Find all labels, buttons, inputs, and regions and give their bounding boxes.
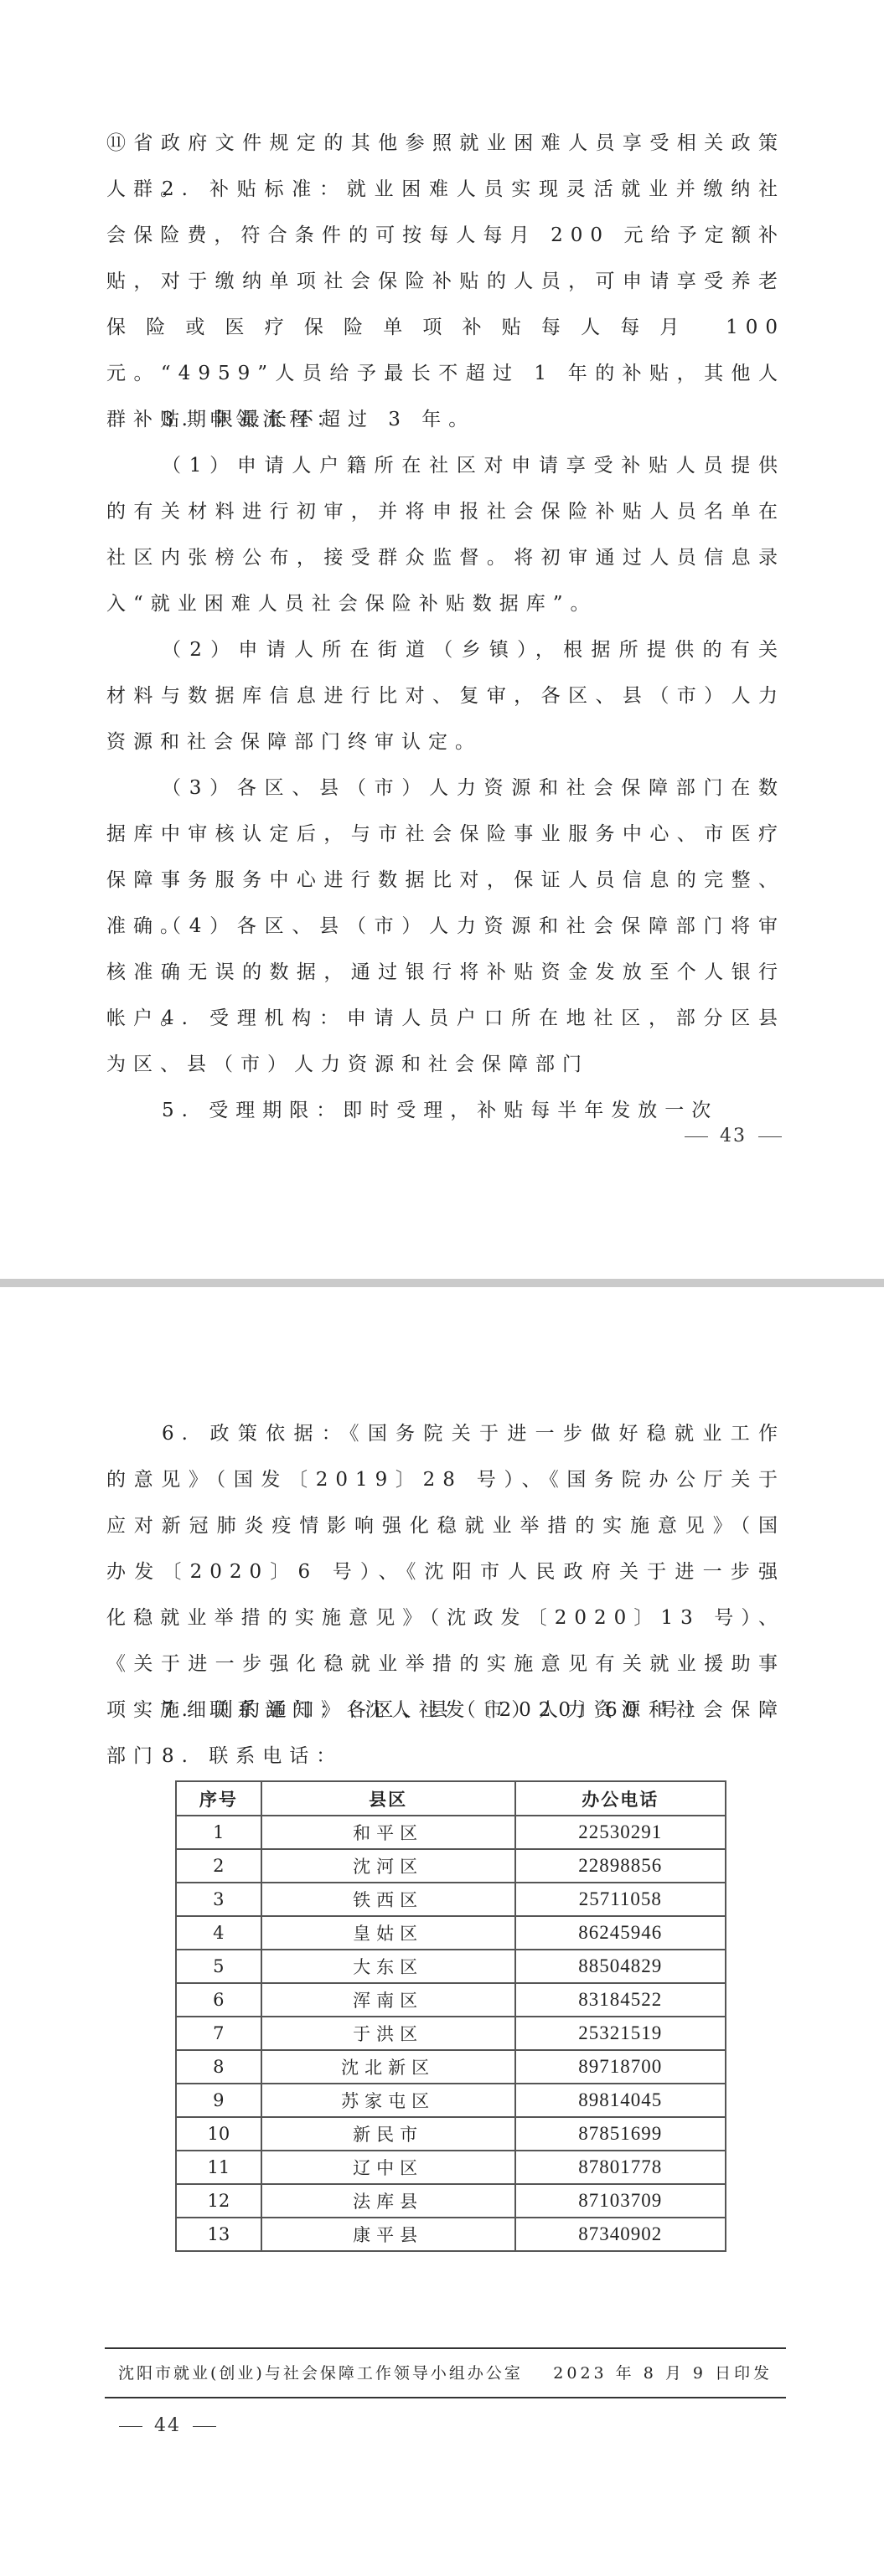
paragraph-accepting-agency: 4. 受理机构：申请人员户口所在地社区，部分区县为区、县（市）人力资源和社会保障… (106, 996, 785, 1088)
dash-right (193, 2426, 216, 2427)
cell-phone: 89814045 (515, 2084, 726, 2117)
cell-district: 法库县 (261, 2184, 515, 2218)
table-row: 13康平县87340902 (176, 2218, 726, 2251)
cell-phone: 87103709 (515, 2184, 726, 2218)
cell-district: 新民市 (261, 2117, 515, 2151)
cell-district: 浑南区 (261, 1983, 515, 2017)
cell-phone: 87851699 (515, 2117, 726, 2151)
table-row: 9苏家屯区89814045 (176, 2084, 726, 2117)
paragraph-policy-basis: 6. 政策依据：《国务院关于进一步做好稳就业工作的意见》（国发〔2019〕28 … (106, 1411, 785, 1734)
cell-phone: 87340902 (515, 2218, 726, 2251)
dash-left (685, 1136, 708, 1137)
cell-phone: 25321519 (515, 2017, 726, 2050)
cell-district: 沈河区 (261, 1849, 515, 1883)
paragraph-process-step-2: （2）申请人所在街道（乡镇），根据所提供的有关材料与数据库信息进行比对、复审，各… (106, 627, 785, 765)
cell-phone: 89718700 (515, 2050, 726, 2084)
cell-district: 大东区 (261, 1950, 515, 1983)
table-row: 12法库县87103709 (176, 2184, 726, 2218)
dash-left (119, 2426, 142, 2427)
table-row: 5大东区88504829 (176, 1950, 726, 1983)
contact-phone-table: 序号 县区 办公电话 1和平区22530291 2沈河区22898856 3铁西… (175, 1780, 726, 2252)
cell-index: 7 (176, 2017, 261, 2050)
page-number-43: 43 (673, 1126, 794, 1146)
paragraph-contact-phone-heading: 8. 联系电话： (106, 1734, 785, 1780)
cell-phone: 87801778 (515, 2151, 726, 2184)
page-separator (0, 1279, 884, 1287)
cell-phone: 83184522 (515, 1983, 726, 2017)
paragraph-application-process-heading: 3. 申领流程： (106, 397, 785, 443)
header-index: 序号 (176, 1781, 261, 1816)
dash-right (758, 1136, 782, 1137)
cell-phone: 22530291 (515, 1816, 726, 1849)
cell-index: 5 (176, 1950, 261, 1983)
table-header-row: 序号 县区 办公电话 (176, 1781, 726, 1816)
table-row: 3铁西区25711058 (176, 1883, 726, 1916)
table-row: 4皇姑区86245946 (176, 1916, 726, 1950)
document-page-43: ⑪省政府文件规定的其他参照就业困难人员享受相关政策人群。 2. 补贴标准：就业困… (0, 0, 884, 1279)
cell-index: 8 (176, 2050, 261, 2084)
header-office-phone: 办公电话 (515, 1781, 726, 1816)
cell-phone: 88504829 (515, 1950, 726, 1983)
table-row: 6浑南区83184522 (176, 1983, 726, 2017)
cell-index: 13 (176, 2218, 261, 2251)
table-row: 11辽中区87801778 (176, 2151, 726, 2184)
cell-index: 12 (176, 2184, 261, 2218)
header-district: 县区 (261, 1781, 515, 1816)
footer-issuer: 沈阳市就业(创业)与社会保障工作领导小组办公室 (118, 2361, 523, 2383)
cell-district: 皇姑区 (261, 1916, 515, 1950)
cell-phone: 86245946 (515, 1916, 726, 1950)
cell-district: 辽中区 (261, 2151, 515, 2184)
cell-phone: 25711058 (515, 1883, 726, 1916)
issuance-footer: 沈阳市就业(创业)与社会保障工作领导小组办公室 2023 年 8 月 9 日印发 (105, 2347, 786, 2398)
paragraph-process-step-1: （1）申请人户籍所在社区对申请享受补贴人员提供的有关材料进行初审，并将申报社会保… (106, 443, 785, 627)
cell-index: 9 (176, 2084, 261, 2117)
table-row: 7于洪区25321519 (176, 2017, 726, 2050)
cell-index: 4 (176, 1916, 261, 1950)
cell-district: 和平区 (261, 1816, 515, 1849)
cell-district: 康平县 (261, 2218, 515, 2251)
cell-district: 于洪区 (261, 2017, 515, 2050)
cell-index: 3 (176, 1883, 261, 1916)
footer-issue-date: 2023 年 8 月 9 日印发 (553, 2361, 773, 2383)
cell-phone: 22898856 (515, 1849, 726, 1883)
page-number-44: 44 (107, 2415, 228, 2436)
table-row: 8沈北新区89718700 (176, 2050, 726, 2084)
cell-district: 苏家屯区 (261, 2084, 515, 2117)
table-row: 1和平区22530291 (176, 1816, 726, 1849)
table-row: 2沈河区22898856 (176, 1849, 726, 1883)
cell-index: 2 (176, 1849, 261, 1883)
cell-index: 1 (176, 1816, 261, 1849)
document-page-44: 6. 政策依据：《国务院关于进一步做好稳就业工作的意见》（国发〔2019〕28 … (0, 1287, 884, 2576)
page-number-value: 44 (154, 2415, 181, 2436)
table-row: 10新民市87851699 (176, 2117, 726, 2151)
cell-district: 沈北新区 (261, 2050, 515, 2084)
page-number-value: 43 (720, 1126, 747, 1146)
cell-index: 6 (176, 1983, 261, 2017)
cell-index: 11 (176, 2151, 261, 2184)
cell-index: 10 (176, 2117, 261, 2151)
cell-district: 铁西区 (261, 1883, 515, 1916)
